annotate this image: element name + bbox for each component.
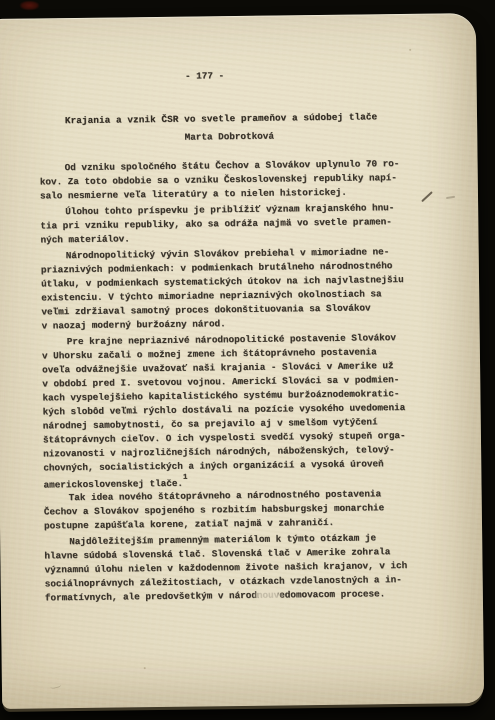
- page-number: - 177 -: [18, 67, 390, 86]
- scanned-book-photo: - 177 - Krajania a vznik ČSR vo svetle p…: [0, 0, 495, 720]
- paper-speck: [299, 447, 301, 449]
- pen-mark-dash-icon: [446, 196, 455, 199]
- red-stain-mark: [20, 1, 39, 10]
- author-name: Marta Dobrotková: [43, 128, 415, 147]
- paragraph-4: Pre krajne nepriaznivé národnopolitické …: [42, 331, 416, 490]
- text-line: americkoslovenskej tlače.: [43, 478, 183, 491]
- article-title: Krajania a vznik ČSR vo svetle prameňov …: [35, 110, 407, 129]
- paragraph-6: Najdôležitejším pramenným materiálom k t…: [44, 531, 417, 606]
- ink-smudge: [258, 589, 278, 602]
- paragraph-3: Národnopolitický vývin Slovákov prebieha…: [41, 245, 414, 334]
- footnote-marker: 1: [183, 473, 188, 481]
- document-page: - 177 - Krajania a vznik ČSR vo svetle p…: [0, 13, 484, 709]
- paper-speck: [89, 270, 91, 272]
- paper-speck: [144, 667, 146, 669]
- article-body: Od vzniku spoločného štátu Čechov a Slov…: [40, 157, 417, 606]
- paper-speck: [409, 49, 411, 51]
- faint-pencil-mark: [49, 681, 61, 689]
- pen-mark-slash-icon: [421, 191, 433, 202]
- paragraph-5: Tak idea nového štátoprávneho a národnos…: [44, 487, 416, 534]
- paragraph-1: Od vzniku spoločného štátu Čechov a Slov…: [40, 157, 412, 204]
- paragraph-2: Úlohou tohto príspevku je priblížiť význ…: [40, 201, 412, 248]
